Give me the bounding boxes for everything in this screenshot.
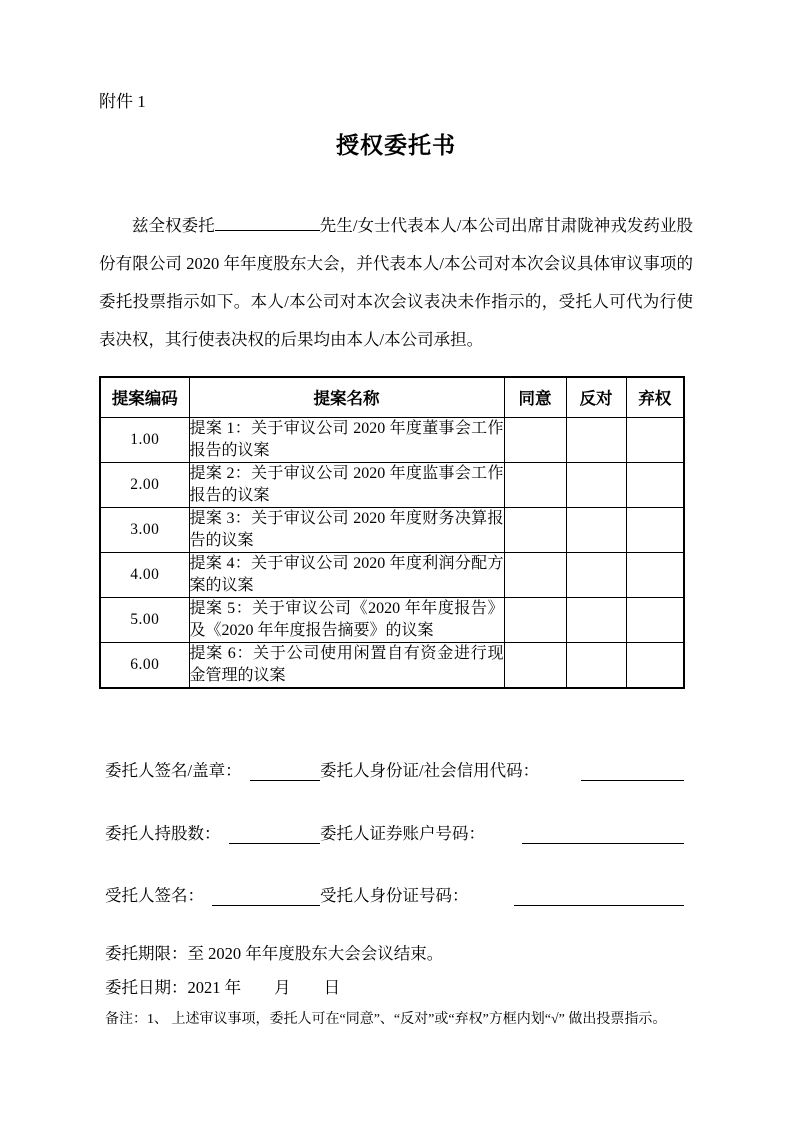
proposal-name-cell: 提案 4：关于审议公司 2020 年度利润分配方案的议案: [189, 552, 504, 597]
header-agree: 同意: [504, 377, 566, 418]
proposal-name-cell: 提案 1：关于审议公司 2020 年度董事会工作报告的议案: [189, 417, 504, 462]
page-title: 授权委托书: [99, 130, 693, 162]
attachment-label: 附件 1: [99, 0, 693, 114]
grantor-account-label: 委托人证券账户号码：: [320, 824, 485, 844]
grantor-shares-blank[interactable]: [229, 828, 321, 844]
trustee-signature-blank[interactable]: [212, 890, 320, 906]
proposal-row: 6.00 提案 6：关于公司使用闲置自有资金进行现金管理的议案: [100, 642, 684, 688]
intro-paragraph: 兹全权委托先生/女士代表本人/本公司出席甘肃陇神戎发药业股份有限公司 2020 …: [99, 207, 693, 359]
trustee-name-blank[interactable]: [215, 217, 320, 231]
proposals-table: 提案编码 提案名称 同意 反对 弃权 1.00 提案 1：关于审议公司 2020…: [99, 376, 685, 689]
trustee-signature-row: 受托人签名： 受托人身份证号码：: [99, 886, 684, 906]
vote-against-cell[interactable]: [566, 597, 626, 642]
header-proposal-code: 提案编码: [100, 377, 189, 418]
grantor-account-blank[interactable]: [522, 828, 684, 844]
vote-against-cell[interactable]: [566, 417, 626, 462]
proposal-name-cell: 提案 2：关于审议公司 2020 年度监事会工作报告的议案: [189, 462, 504, 507]
proposal-code-cell: 6.00: [100, 642, 189, 688]
vote-against-cell[interactable]: [566, 507, 626, 552]
vote-agree-cell[interactable]: [504, 642, 566, 688]
proposal-name-cell: 提案 5：关于审议公司《2020 年年度报告》及《2020 年年度报告摘要》的议…: [189, 597, 504, 642]
proposal-code-cell: 3.00: [100, 507, 189, 552]
grantor-shares-row: 委托人持股数： 委托人证券账户号码：: [99, 824, 684, 844]
vote-against-cell[interactable]: [566, 552, 626, 597]
grantor-signature-label: 委托人签名/盖章：: [105, 761, 242, 781]
vote-abstain-cell[interactable]: [626, 462, 684, 507]
proposal-row: 2.00 提案 2：关于审议公司 2020 年度监事会工作报告的议案: [100, 462, 684, 507]
vote-against-cell[interactable]: [566, 642, 626, 688]
grantor-signature-row: 委托人签名/盖章： 委托人身份证/社会信用代码：: [99, 761, 684, 781]
grantor-shares-label: 委托人持股数：: [105, 824, 221, 844]
proposal-name-cell: 提案 3：关于审议公司 2020 年度财务决算报告的议案: [189, 507, 504, 552]
grantor-signature-blank[interactable]: [250, 765, 320, 781]
header-against: 反对: [566, 377, 626, 418]
trustee-signature-label: 受托人签名：: [105, 886, 204, 906]
grantor-id-blank[interactable]: [581, 765, 684, 781]
table-header-row: 提案编码 提案名称 同意 反对 弃权: [100, 377, 684, 418]
remarks-note: 备注：1、 上述审议事项，委托人可在“同意”、“反对”或“弃权”方框内划“√” …: [99, 1010, 693, 1030]
proposal-code-cell: 5.00: [100, 597, 189, 642]
authorization-term: 委托期限：至 2020 年年度股东大会会议结束。: [99, 943, 693, 965]
proposal-code-cell: 2.00: [100, 462, 189, 507]
document-page: 附件 1 授权委托书 兹全权委托先生/女士代表本人/本公司出席甘肃陇神戎发药业股…: [0, 0, 793, 1030]
header-abstain: 弃权: [626, 377, 684, 418]
proposal-row: 3.00 提案 3：关于审议公司 2020 年度财务决算报告的议案: [100, 507, 684, 552]
proposal-code-cell: 4.00: [100, 552, 189, 597]
proposal-row: 1.00 提案 1：关于审议公司 2020 年度董事会工作报告的议案: [100, 417, 684, 462]
vote-abstain-cell[interactable]: [626, 552, 684, 597]
vote-agree-cell[interactable]: [504, 597, 566, 642]
trustee-id-blank[interactable]: [514, 890, 684, 906]
authorization-date: 委托日期：2021 年 月 日: [99, 977, 693, 999]
vote-abstain-cell[interactable]: [626, 507, 684, 552]
grantor-id-label: 委托人身份证/社会信用代码：: [320, 761, 539, 781]
vote-agree-cell[interactable]: [504, 417, 566, 462]
vote-against-cell[interactable]: [566, 462, 626, 507]
vote-abstain-cell[interactable]: [626, 642, 684, 688]
vote-abstain-cell[interactable]: [626, 597, 684, 642]
proposal-code-cell: 1.00: [100, 417, 189, 462]
vote-agree-cell[interactable]: [504, 462, 566, 507]
header-proposal-name: 提案名称: [189, 377, 504, 418]
intro-lead: 兹全权委托: [132, 216, 215, 235]
vote-agree-cell[interactable]: [504, 552, 566, 597]
trustee-id-label: 受托人身份证号码：: [320, 886, 469, 906]
vote-abstain-cell[interactable]: [626, 417, 684, 462]
intro-body: 先生/女士代表本人/本公司出席甘肃陇神戎发药业股份有限公司 2020 年年度股东…: [99, 216, 693, 349]
proposal-row: 4.00 提案 4：关于审议公司 2020 年度利润分配方案的议案: [100, 552, 684, 597]
proposal-row: 5.00 提案 5：关于审议公司《2020 年年度报告》及《2020 年年度报告…: [100, 597, 684, 642]
vote-agree-cell[interactable]: [504, 507, 566, 552]
proposal-name-cell: 提案 6：关于公司使用闲置自有资金进行现金管理的议案: [189, 642, 504, 688]
